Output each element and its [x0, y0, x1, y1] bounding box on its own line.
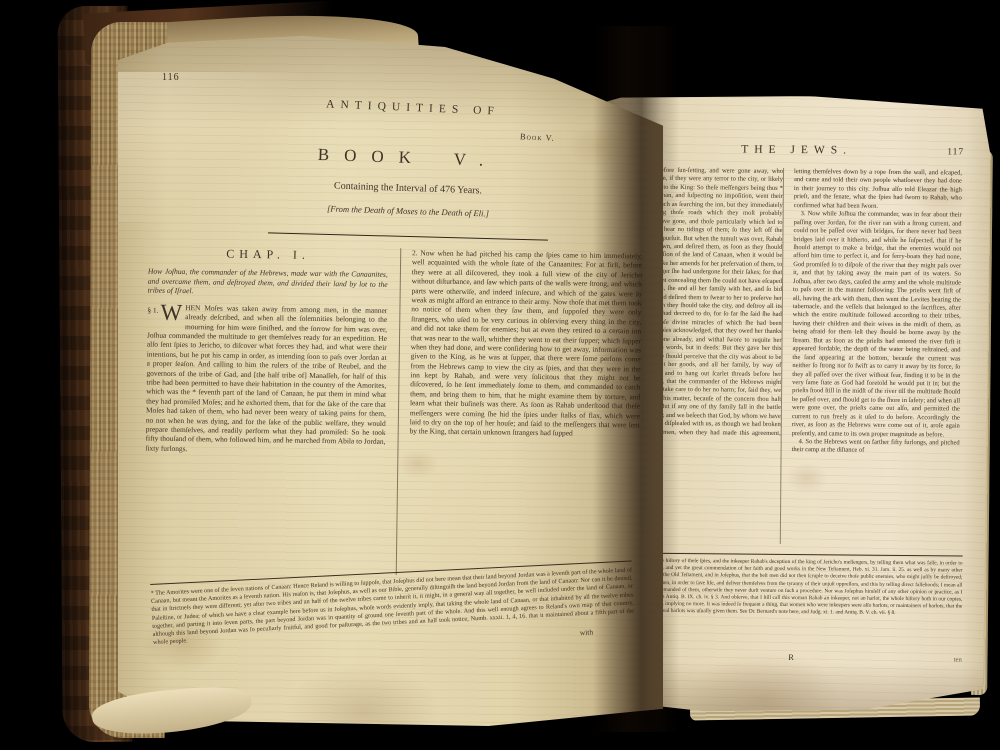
span-line: [From the Death of Moses to the Death of…	[223, 200, 593, 222]
catchword: ten	[954, 656, 962, 663]
left-column-2: 2. Now when he had pitched his camp the …	[396, 248, 643, 578]
paragraph-text: HEN Moſes was taken away from among men,…	[145, 303, 387, 453]
paragraph: 3. Now while Joſhua the commander, was i…	[792, 210, 962, 439]
photo-stage: Chap. I. THE JEWS. 117 with her a little…	[0, 0, 1000, 750]
paragraph: 4. So the Hebrews went on farther fifty …	[792, 438, 960, 456]
right-running-header: Chap. I. THE JEWS. 117	[610, 142, 964, 157]
left-page: 116 ANTIQUITIES OF Book V. BOOK V. Conta…	[118, 36, 663, 726]
paragraph: 2. Now when he had pitched his camp the …	[410, 248, 643, 439]
section-mark: § 1.	[147, 305, 158, 314]
chapter-argument: How Joſhua, the commander of the Hebrews…	[148, 267, 388, 299]
chapter-heading: CHAP. I.	[148, 246, 388, 264]
left-running-header: ANTIQUITIES OF	[228, 94, 598, 121]
paragraph: letting themſelves down by a rope from t…	[794, 168, 962, 212]
interval-line: Containing the Interval of 476 Years.	[223, 177, 593, 200]
right-header-title: THE JEWS.	[741, 144, 852, 157]
paragraph: § 1.WHEN Moſes was taken away from among…	[145, 302, 387, 456]
right-column-2: letting themſelves down by a rope from t…	[780, 168, 962, 546]
gathering-letter: R	[788, 652, 794, 662]
title-rule	[268, 232, 548, 240]
left-page-number: 116	[162, 72, 180, 83]
paragraph-lead: § 1.W	[147, 303, 182, 322]
left-footnote-block: * The Amorites were one of the ſeven nat…	[150, 560, 645, 658]
book-title: BOOK V.	[223, 142, 593, 175]
left-column-1: CHAP. I. How Joſhua, the commander of th…	[144, 245, 388, 575]
left-text-columns: CHAP. I. How Joſhua, the commander of th…	[144, 245, 643, 579]
right-page-number: 117	[947, 147, 964, 157]
drop-cap: W	[160, 300, 182, 325]
left-running-side: Book V.	[520, 131, 555, 142]
